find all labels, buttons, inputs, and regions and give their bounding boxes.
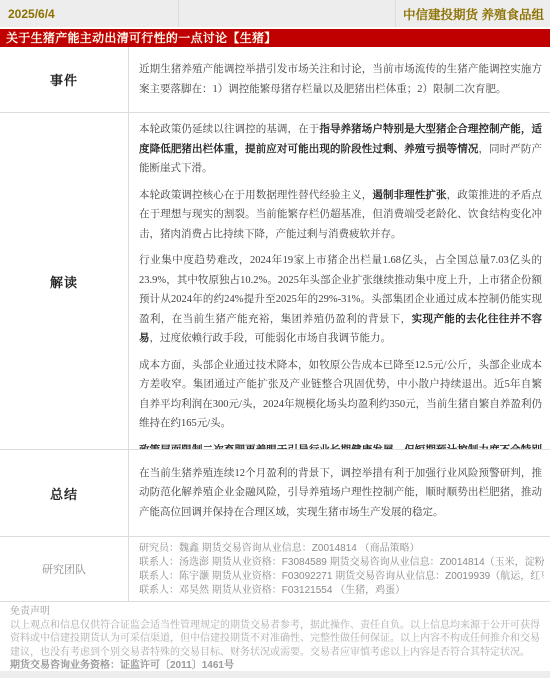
row-label-summary: 总结	[0, 450, 129, 536]
paragraph: 成本方面，头部企业通过技术降本，如牧原公告成本已降至12.5元/公斤，头部企业成…	[139, 356, 542, 434]
report-title-banner: 关于生猪产能主动出清可行性的一点讨论【生猪】	[0, 29, 550, 47]
row-label-analysis: 解读	[0, 113, 129, 449]
paragraph: 政策层面限制二次育肥更着眼于引导行业长期健康发展，但短期预计控制力度不会特别大，…	[139, 441, 542, 450]
research-team-lines: 研究员：魏鑫 期货交易咨询从业信息：Z0014814 （商品策略）联系人：汤选澎…	[129, 537, 550, 601]
header-bar: 2025/6/4 中信建投期货 养殖食品组	[0, 0, 550, 29]
paragraph: 在当前生猪养殖连续12个月盈利的背景下，调控举措有利于加强行业风险预警研判，推动…	[139, 464, 542, 523]
row-label-research-team: 研究团队	[0, 537, 129, 601]
disclaimer-section: 免责声明 以上观点和信息仅供符合证监会适当性管理规定的期货交易者参考，据此操作、…	[0, 602, 550, 669]
header-spacer-cell	[179, 0, 396, 27]
row-content-analysis: 本轮政策仍延续以往调控的基调，在于指导养猪场户特别是大型猪企合理控制产能，适度降…	[129, 113, 550, 449]
report-page: 2025/6/4 中信建投期货 养殖食品组 关于生猪产能主动出清可行性的一点讨论…	[0, 0, 550, 678]
table-row-summary: 总结 在当前生猪养殖连续12个月盈利的背景下，调控举措有利于加强行业风险预警研判…	[0, 450, 550, 537]
team-member-line: 联系人：邓昊然 期货从业资格：F03121554 （生猪，鸡蛋）	[139, 584, 544, 598]
paragraph: 近期生猪养殖产能调控举措引发市场关注和讨论，当前市场流传的生猪产能调控实施方案主…	[139, 60, 542, 99]
table-row-analysis: 解读 本轮政策仍延续以往调控的基调，在于指导养猪场户特别是大型猪企合理控制产能，…	[0, 113, 550, 450]
org-team-title: 中信建投期货 养殖食品组	[396, 0, 550, 27]
paragraph: 本轮政策调控核心在于用数据理性替代经验主义，遏制非理性扩张，政策推进的矛盾点在于…	[139, 186, 542, 245]
team-member-line: 研究员：魏鑫 期货交易咨询从业信息：Z0014814 （商品策略）	[139, 542, 544, 556]
row-label-event: 事件	[0, 47, 129, 112]
table-row-research-team: 研究团队 研究员：魏鑫 期货交易咨询从业信息：Z0014814 （商品策略）联系…	[0, 537, 550, 602]
row-content-event: 近期生猪养殖产能调控举措引发市场关注和讨论，当前市场流传的生猪产能调控实施方案主…	[129, 47, 550, 112]
report-table: 事件 近期生猪养殖产能调控举措引发市场关注和讨论，当前市场流传的生猪产能调控实施…	[0, 47, 550, 602]
team-member-line: 联系人：汤选澎 期货从业资格：F3084589 期货交易咨询从业信息：Z0014…	[139, 556, 544, 570]
bottom-strip	[0, 671, 550, 678]
disclaimer-title: 免责声明	[10, 605, 540, 619]
paragraph: 本轮政策仍延续以往调控的基调，在于指导养猪场户特别是大型猪企合理控制产能，适度降…	[139, 120, 542, 179]
row-content-summary: 在当前生猪养殖连续12个月盈利的背景下，调控举措有利于加强行业风险预警研判，推动…	[129, 450, 550, 536]
team-member-line: 联系人：陈宇灏 期货从业资格：F03092271 期货交易咨询从业信息：Z001…	[139, 570, 544, 584]
license-text: 期货交易咨询业务资格：证监许可〔2011〕1461号	[10, 659, 540, 669]
table-row-event: 事件 近期生猪养殖产能调控举措引发市场关注和讨论，当前市场流传的生猪产能调控实施…	[0, 47, 550, 113]
disclaimer-body: 以上观点和信息仅供符合证监会适当性管理规定的期货交易者参考，据此操作、责任自负。…	[10, 619, 540, 660]
paragraph: 行业集中度趋势难改，2024年19家上市猪企出栏量1.68亿头，占全国总量7.0…	[139, 251, 542, 349]
report-date: 2025/6/4	[0, 0, 179, 27]
